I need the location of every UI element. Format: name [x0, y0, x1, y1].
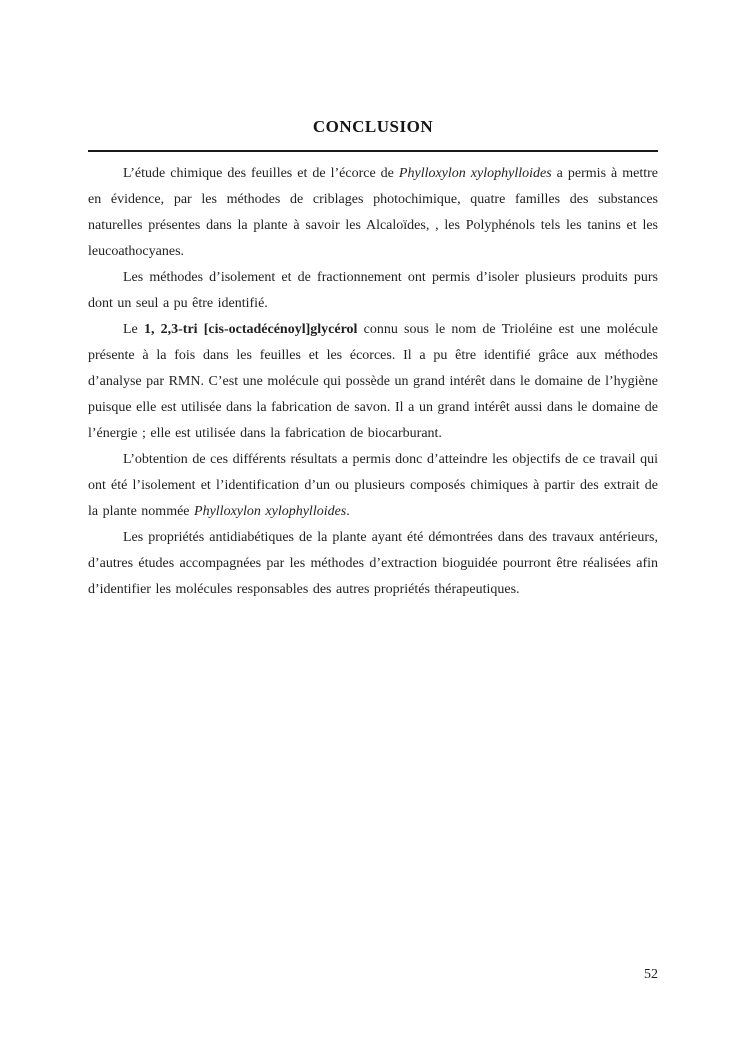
text-segment: Phylloxylon xylophylloides [399, 166, 552, 181]
text-segment: Phylloxylon xylophylloides [194, 504, 346, 519]
content-column: CONCLUSION L’étude chimique des feuilles… [88, 0, 658, 603]
paragraph: L’obtention de ces différents résultats … [88, 447, 658, 525]
document-body: L’étude chimique des feuilles et de l’éc… [88, 161, 658, 603]
document-page: CONCLUSION L’étude chimique des feuilles… [0, 0, 745, 1053]
paragraph: Le 1, 2,3-tri [cis-octadécénoyl]glycérol… [88, 317, 658, 447]
text-segment: connu sous le nom de Trioléine est une m… [88, 322, 658, 441]
text-segment: . [346, 504, 350, 519]
paragraph: Les méthodes d’isolement et de fractionn… [88, 265, 658, 317]
paragraph: Les propriétés antidiabétiques de la pla… [88, 525, 658, 603]
text-segment: Le [123, 322, 144, 337]
title-rule [88, 150, 658, 152]
text-segment: Les propriétés antidiabétiques de la pla… [88, 530, 658, 597]
page-title: CONCLUSION [88, 116, 658, 138]
text-segment: L’étude chimique des feuilles et de l’éc… [123, 166, 399, 181]
text-segment: L’obtention de ces différents résultats … [88, 452, 658, 519]
text-segment: Les méthodes d’isolement et de fractionn… [88, 270, 658, 311]
text-segment: 1, 2,3-tri [cis-octadécénoyl]glycérol [144, 322, 357, 337]
paragraph: L’étude chimique des feuilles et de l’éc… [88, 161, 658, 265]
page-number: 52 [644, 966, 658, 984]
